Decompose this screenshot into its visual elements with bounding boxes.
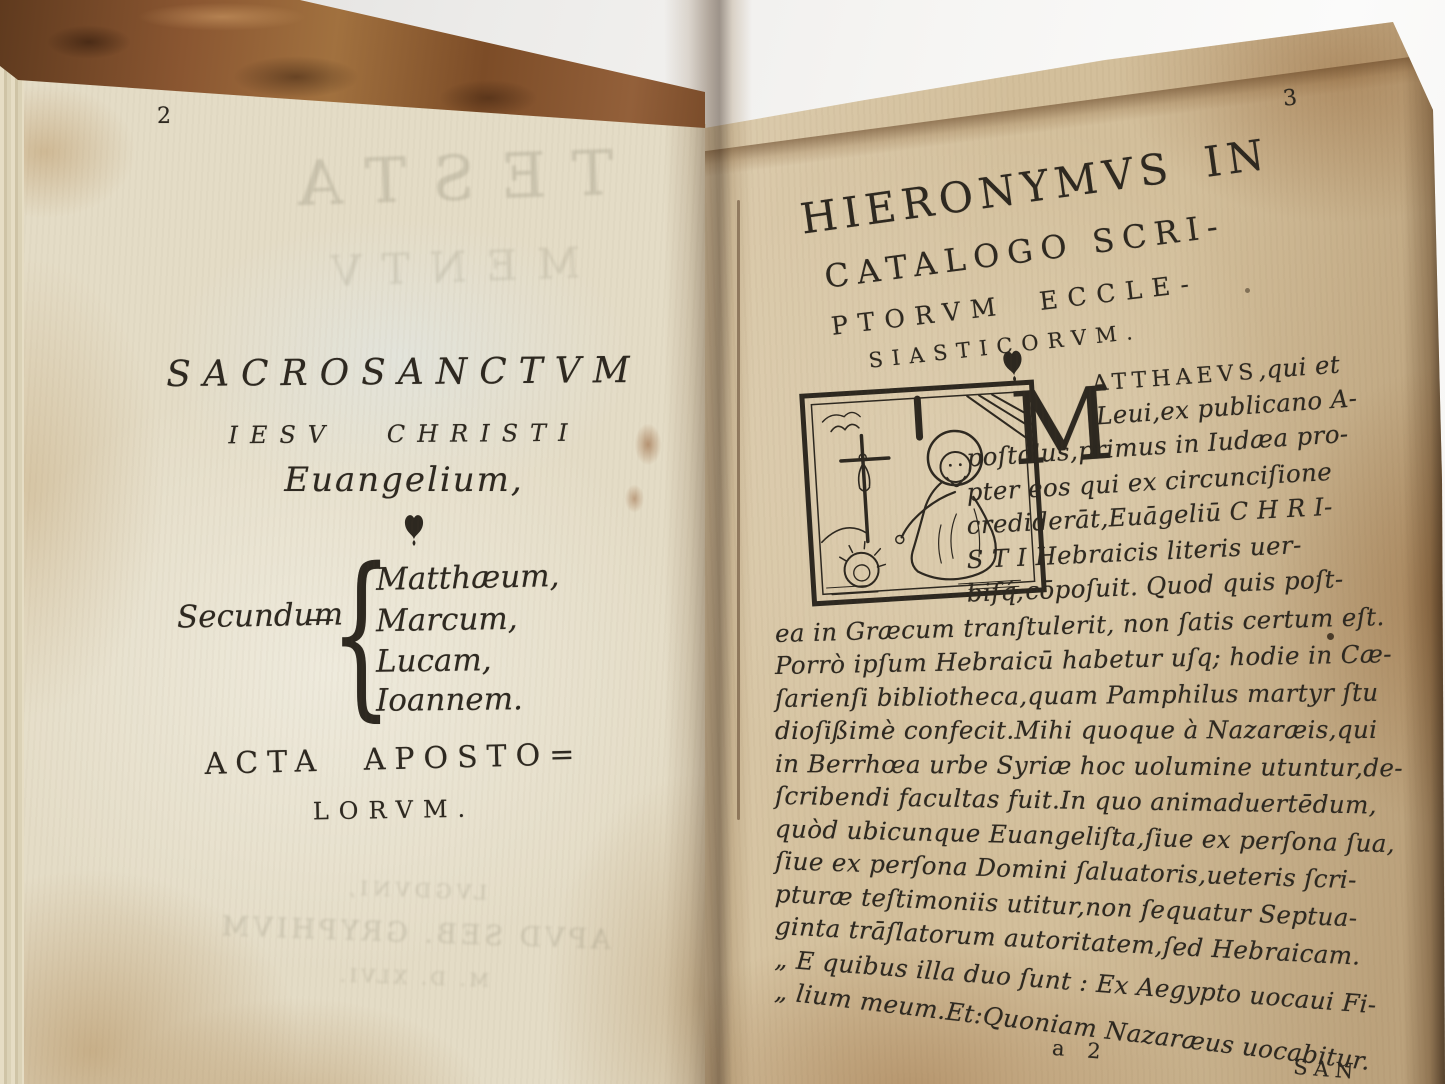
right-page-number: 3	[1282, 85, 1299, 111]
fleuron-icon	[402, 510, 426, 546]
body-text: M ATTHAEVS,qui et Leui,ex publicano A- p…	[775, 390, 1367, 1042]
left-page: TESTA MENTV 2 SACROSANCTVM IESV CHRISTI …	[24, 0, 706, 1084]
ghost-line: M. D. XLVI.	[202, 960, 623, 997]
binding-seam	[737, 200, 740, 820]
show-through-text-top: TESTA MENTV	[222, 134, 667, 299]
gospel-marcum: Marcum,	[376, 601, 518, 639]
book-photo: TESTA MENTV 2 SACROSANCTVM IESV CHRISTI …	[0, 0, 1445, 1084]
text-line: in Berrhœa urbe Syriæ hoc uolumine utunt…	[775, 748, 1367, 785]
ghost-line: MENTV	[225, 235, 666, 299]
page-fore-edge	[1403, 0, 1445, 1084]
title-euangelium: Euangelium,	[114, 460, 694, 500]
title-iesu-christi: IESV CHRISTI	[114, 418, 694, 450]
gospel-ioannem: Ioannem.	[376, 681, 523, 719]
gospel-matthaeum: Matthæum,	[376, 558, 560, 598]
gospel-lucam: Lucam,	[376, 642, 492, 680]
ghost-line: TESTA	[222, 134, 664, 222]
ghost-line: LVGDVNI,	[205, 871, 626, 910]
left-page-number: 2	[157, 104, 171, 129]
title-sacrosanctum: SACROSANCTVM	[114, 349, 694, 395]
ghost-line: APVD SEB. GRYPHIVM	[204, 911, 625, 957]
show-through-text-bottom: LVGDVNI, APVD SEB. GRYPHIVM M. D. XLVI.	[202, 871, 626, 997]
first-line-rest: ,qui et	[1257, 350, 1341, 385]
right-page: 3 HIERONYMVS IN CATALOGO SCRI- PTORVM EC…	[705, 0, 1445, 1084]
acta-line-2: LORVM.	[84, 791, 704, 830]
catchword: SAN	[1292, 1050, 1366, 1084]
text-line: dioſißimè confecit.Mihi quoque à Nazaræi…	[775, 714, 1367, 748]
text-line: ſarienſi bibliotheca,quam Pamphilus mart…	[775, 676, 1367, 715]
acta-line-1: ACTA APOSTO=	[84, 734, 705, 785]
